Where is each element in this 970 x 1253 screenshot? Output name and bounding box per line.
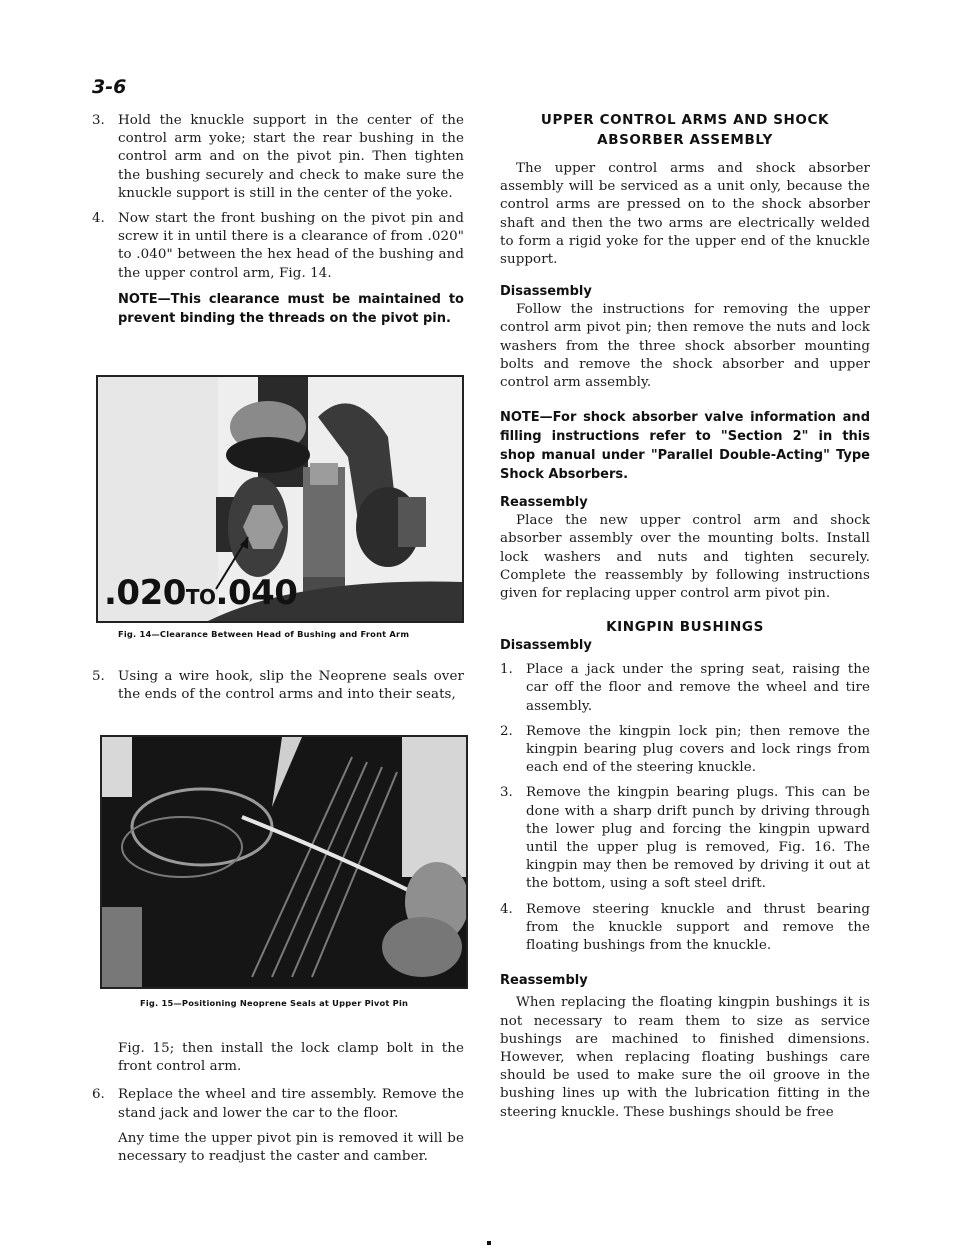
- figure-15-caption: Fig. 15—Positioning Neoprene Seals at Up…: [140, 998, 408, 1008]
- subheading-disassembly: Disassembly: [500, 283, 870, 301]
- figure-14-caption: Fig. 14—Clearance Between Head of Bushin…: [118, 629, 409, 639]
- right-column: UPPER CONTROL ARMS AND SHOCK ABSORBER AS…: [500, 110, 870, 1122]
- list-number: 4.: [92, 210, 118, 283]
- left-column: 3. Hold the knuckle support in the cente…: [92, 112, 464, 328]
- left-column-bottom: Fig. 15; then install the lock clamp bol…: [92, 1040, 464, 1166]
- item-5-continued: Fig. 15; then install the lock clamp bol…: [118, 1040, 464, 1076]
- list-number: 3.: [500, 784, 526, 893]
- list-text: Remove the kingpin bearing plugs. This c…: [526, 784, 870, 893]
- list-item: 3. Hold the knuckle support in the cente…: [92, 112, 464, 203]
- clearance-label: .020TO.040: [104, 573, 297, 613]
- list-number: 3.: [92, 112, 118, 203]
- list-text: Place a jack under the spring seat, rais…: [526, 661, 870, 716]
- subheading-reassembly: Reassembly: [500, 972, 870, 990]
- figure-14-photo: .020TO.040: [96, 375, 464, 623]
- list-text: Now start the front bushing on the pivot…: [118, 210, 464, 283]
- list-number: 6.: [92, 1086, 118, 1122]
- page-number: 3-6: [92, 76, 126, 98]
- section-heading-upper-control-arms: UPPER CONTROL ARMS AND SHOCK: [500, 110, 870, 130]
- list-item: 4. Remove steering knuckle and thrust be…: [500, 901, 870, 956]
- disassembly-text: Follow the instructions for removing the…: [500, 301, 870, 392]
- section-intro: The upper control arms and shock absorbe…: [500, 160, 870, 269]
- clearance-note: NOTE—This clearance must be maintained t…: [118, 290, 464, 328]
- list-text: Remove steering knuckle and thrust beari…: [526, 901, 870, 956]
- list-text: Hold the knuckle support in the center o…: [118, 112, 464, 203]
- section-heading-kingpin-bushings: KINGPIN BUSHINGS: [500, 617, 870, 637]
- list-text: Remove the kingpin lock pin; then remove…: [526, 723, 870, 778]
- figure-15-photo: [100, 735, 468, 989]
- list-number: 2.: [500, 723, 526, 778]
- list-text: Using a wire hook, slip the Neoprene sea…: [118, 668, 464, 704]
- list-item: 6. Replace the wheel and tire assembly. …: [92, 1086, 464, 1122]
- kingpin-reassembly-text: When replacing the floating kingpin bush…: [500, 994, 870, 1121]
- reassembly-text: Place the new upper control arm and shoc…: [500, 512, 870, 603]
- left-item-5: 5. Using a wire hook, slip the Neoprene …: [92, 668, 464, 711]
- neoprene-seal-illustration: [102, 737, 466, 987]
- list-number: 5.: [92, 668, 118, 704]
- subheading-disassembly: Disassembly: [500, 637, 870, 655]
- shock-absorber-note: NOTE—For shock absorber valve informatio…: [500, 408, 870, 484]
- closing-paragraph: Any time the upper pivot pin is removed …: [118, 1130, 464, 1166]
- section-heading-upper-control-arms-line2: ABSORBER ASSEMBLY: [500, 130, 870, 150]
- list-text: Replace the wheel and tire assembly. Rem…: [118, 1086, 464, 1122]
- list-item: 5. Using a wire hook, slip the Neoprene …: [92, 668, 464, 704]
- list-item: 1. Place a jack under the spring seat, r…: [500, 661, 870, 716]
- list-item: 2. Remove the kingpin lock pin; then rem…: [500, 723, 870, 778]
- list-item: 4. Now start the front bushing on the pi…: [92, 210, 464, 283]
- list-number: 1.: [500, 661, 526, 716]
- page-mark: [487, 1241, 491, 1245]
- subheading-reassembly: Reassembly: [500, 494, 870, 512]
- list-item: 3. Remove the kingpin bearing plugs. Thi…: [500, 784, 870, 893]
- list-number: 4.: [500, 901, 526, 956]
